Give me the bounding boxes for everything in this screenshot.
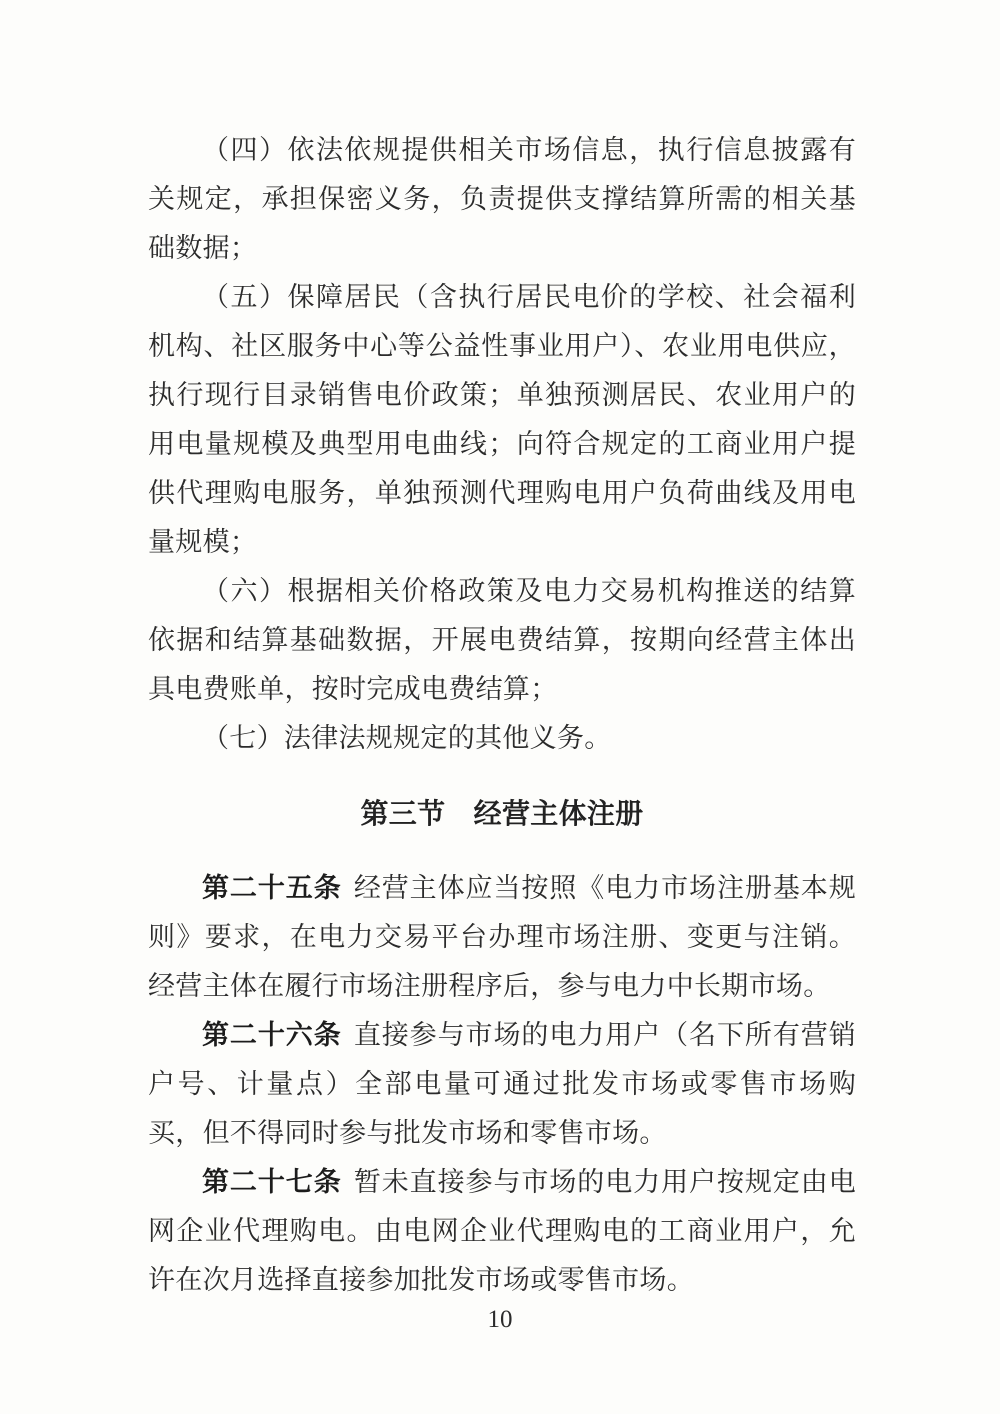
clause-4-paragraph: （四）依法依规提供相关市场信息，执行信息披露有关规定，承担保密义务，负责提供支撑… [148, 126, 856, 273]
article-27-paragraph: 第二十七条暂未直接参与市场的电力用户按规定由电网企业代理购电。由电网企业代理购电… [148, 1158, 856, 1305]
article-26-paragraph: 第二十六条直接参与市场的电力用户（名下所有营销户号、计量点）全部电量可通过批发市… [148, 1011, 856, 1158]
article-27-number: 第二十七条 [202, 1167, 342, 1197]
clause-7-paragraph: （七）法律法规规定的其他义务。 [148, 714, 856, 763]
article-26-number: 第二十六条 [202, 1020, 342, 1050]
page-number: 10 [488, 1306, 513, 1333]
page-footer: 10 [0, 1302, 1000, 1338]
article-25-paragraph: 第二十五条经营主体应当按照《电力市场注册基本规则》要求，在电力交易平台办理市场注… [148, 864, 856, 1011]
section-3-heading: 第三节 经营主体注册 [148, 790, 856, 839]
document-page: （四）依法依规提供相关市场信息，执行信息披露有关规定，承担保密义务，负责提供支撑… [0, 0, 1000, 1414]
document-content: （四）依法依规提供相关市场信息，执行信息披露有关规定，承担保密义务，负责提供支撑… [148, 126, 856, 1305]
clause-6-paragraph: （六）根据相关价格政策及电力交易机构推送的结算依据和结算基础数据，开展电费结算，… [148, 567, 856, 714]
article-25-number: 第二十五条 [202, 873, 342, 903]
clause-5-paragraph: （五）保障居民（含执行居民电价的学校、社会福利机构、社区服务中心等公益性事业用户… [148, 273, 856, 567]
